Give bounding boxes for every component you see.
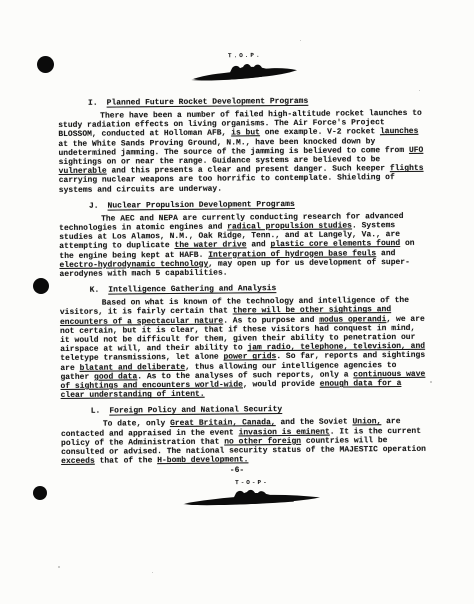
section-paragraph: There have been a number of failed high-… <box>58 109 425 195</box>
section-title: Foreign Policy and National Security <box>109 406 282 417</box>
punch-hole-mark <box>33 486 47 500</box>
section-heading: I.Planned Future Rocket Development Prog… <box>88 96 424 109</box>
section-paragraph: To date, only Great Britain, Canada, and… <box>61 417 427 466</box>
classification-stamp-top: T.O.P. <box>190 51 301 85</box>
section-paragraph: Based on what is known of the technology… <box>60 296 427 400</box>
section-title: Planned Future Rocket Development Progra… <box>107 97 309 108</box>
classification-stamp-bottom: T-O-P- <box>182 478 322 509</box>
section-heading: J.Nuclear Propulsion Development Program… <box>89 199 425 212</box>
section-planned-future-rocket: I.Planned Future Rocket Development Prog… <box>58 96 425 195</box>
punch-hole-mark <box>33 278 49 294</box>
section-title: Nuclear Propulsion Development Programs <box>108 200 295 211</box>
scanned-document-page: T.O.P. I.Planned Future Rocket Developme… <box>0 0 474 604</box>
section-title: Intelligence Gathering and Analysis <box>108 284 276 294</box>
section-label: I. <box>88 99 107 108</box>
scan-speck <box>430 381 432 383</box>
section-foreign-policy: L.Foreign Policy and National Security T… <box>61 404 428 466</box>
section-paragraph: The AEC and NEPA are currently conductin… <box>59 212 426 280</box>
section-heading: L.Foreign Policy and National Security <box>91 404 427 417</box>
section-label: L. <box>91 407 110 416</box>
scan-speck <box>419 90 420 91</box>
section-label: J. <box>89 201 108 210</box>
redaction-scribble-icon <box>182 484 322 509</box>
document-body: I.Planned Future Rocket Development Prog… <box>58 96 427 474</box>
section-label: K. <box>90 286 109 295</box>
redaction-scribble-icon <box>190 57 300 85</box>
page-number: -6- <box>0 466 474 475</box>
scan-speck <box>58 566 60 568</box>
scan-speck <box>152 572 153 573</box>
section-nuclear-propulsion: J.Nuclear Propulsion Development Program… <box>59 199 426 280</box>
punch-hole-mark <box>37 56 54 73</box>
section-intelligence-gathering: K.Intelligence Gathering and Analysis Ba… <box>60 283 427 400</box>
section-heading: K.Intelligence Gathering and Analysis <box>90 283 426 296</box>
scan-speck <box>300 40 301 41</box>
